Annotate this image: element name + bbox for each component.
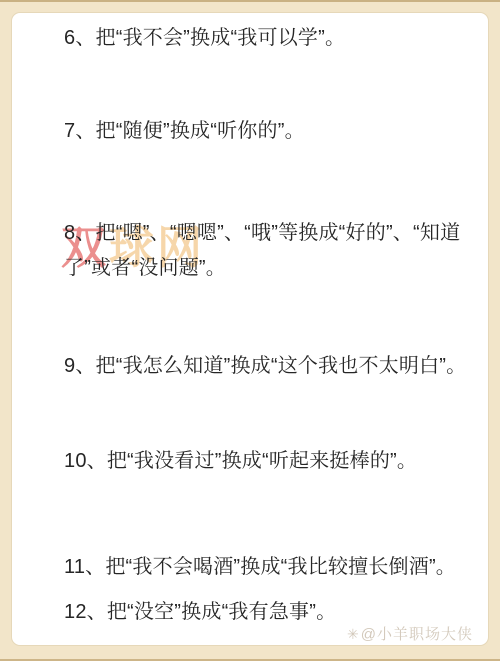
author-handle: @小羊职场大侠 [361, 626, 473, 643]
list-item: 9、把“我怎么知道”换成“这个我也不太明白”。 [64, 349, 468, 384]
list-item: 7、把“随便”换成“听你的”。 [64, 114, 468, 149]
beige-frame: 双球网 6、把“我不会”换成“我可以学”。 7、把“随便”换成“听你的”。 8、… [0, 0, 500, 661]
list-item: 6、把“我不会”换成“我可以学”。 [64, 21, 468, 56]
list-item: 10、把“我没看过”换成“听起来挺棒的”。 [64, 444, 468, 479]
list-item: 11、把“我不会喝酒”换成“我比较擅长倒酒”。 [64, 550, 468, 585]
author-logo-icon: ✳ [347, 626, 360, 642]
author-watermark: ✳@小羊职场大侠 [347, 623, 473, 644]
content-card: 双球网 6、把“我不会”换成“我可以学”。 7、把“随便”换成“听你的”。 8、… [11, 12, 489, 646]
list-item: 8、把“嗯”、“嗯嗯”、“哦”等换成“好的”、“知道了”或者“没问题”。 [64, 216, 468, 286]
